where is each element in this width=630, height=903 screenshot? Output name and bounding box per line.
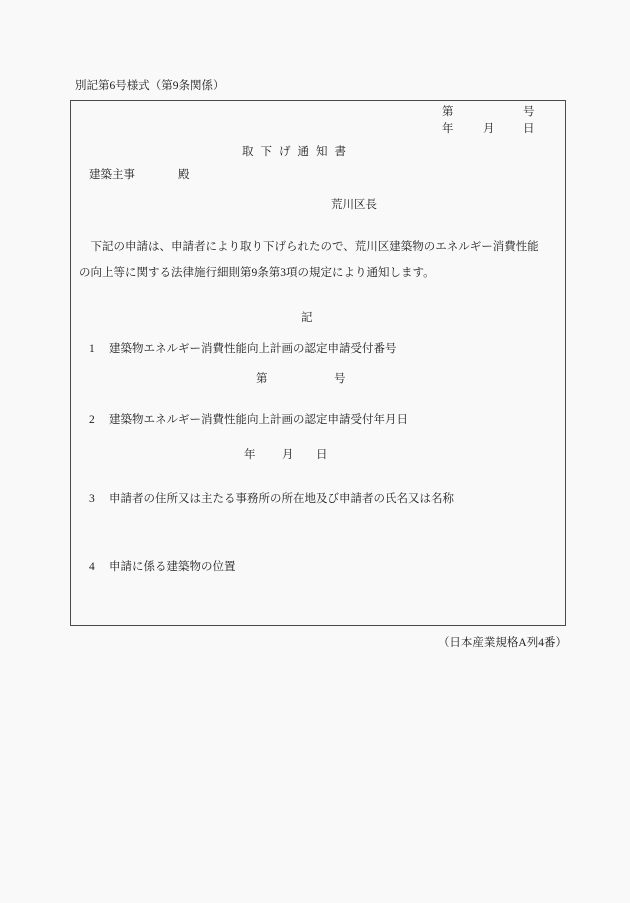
issuer-name: 荒川区長 (331, 198, 377, 212)
doc-number-prefix: 第 (442, 105, 454, 119)
date-year-label: 年 (442, 122, 454, 136)
doc-number-suffix: 号 (523, 105, 535, 119)
document-box: 第 号 年 月 日 取下げ通知書 建築主事 殿 荒川区長 下記の申請は、申請者に… (70, 100, 566, 626)
item-2-number: 2 (89, 413, 95, 427)
addressee-name: 建築主事 (89, 168, 135, 182)
document-page: 別記第6号様式（第9条関係） 第 号 年 月 日 取下げ通知書 建築主事 殿 荒… (0, 0, 630, 903)
section-marker: 記 (301, 311, 313, 325)
date-month-label: 月 (483, 122, 495, 136)
paper-size-note: （日本産業規格A列4番） (438, 634, 567, 650)
addressee-honorific: 殿 (178, 168, 190, 182)
item-2-value-year: 年 (244, 448, 256, 462)
item-3-number: 3 (89, 492, 95, 506)
item-3-label: 申請者の住所又は主たる事務所の所在地及び申請者の氏名又は名称 (109, 492, 454, 506)
item-2-value-month: 月 (282, 448, 294, 462)
item-2-label: 建築物エネルギー消費性能向上計画の認定申請受付年月日 (109, 413, 408, 427)
item-1-value-suffix: 号 (334, 372, 346, 386)
body-paragraph-line1: 下記の申請は、申請者により取り下げられたので、荒川区建築物のエネルギー消費性能 (79, 240, 539, 254)
item-1-label: 建築物エネルギー消費性能向上計画の認定申請受付番号 (109, 342, 397, 356)
item-4-number: 4 (89, 560, 95, 574)
document-title: 取下げ通知書 (242, 145, 353, 159)
item-1-number: 1 (89, 342, 95, 356)
body-paragraph-line2: の向上等に関する法律施行細則第9条第3項の規定により通知します。 (79, 266, 435, 280)
item-2-value-day: 日 (316, 448, 328, 462)
form-number-label: 別記第6号様式（第9条関係） (75, 79, 225, 93)
item-4-label: 申請に係る建築物の位置 (109, 560, 236, 574)
item-1-value-prefix: 第 (256, 372, 268, 386)
date-day-label: 日 (523, 122, 535, 136)
